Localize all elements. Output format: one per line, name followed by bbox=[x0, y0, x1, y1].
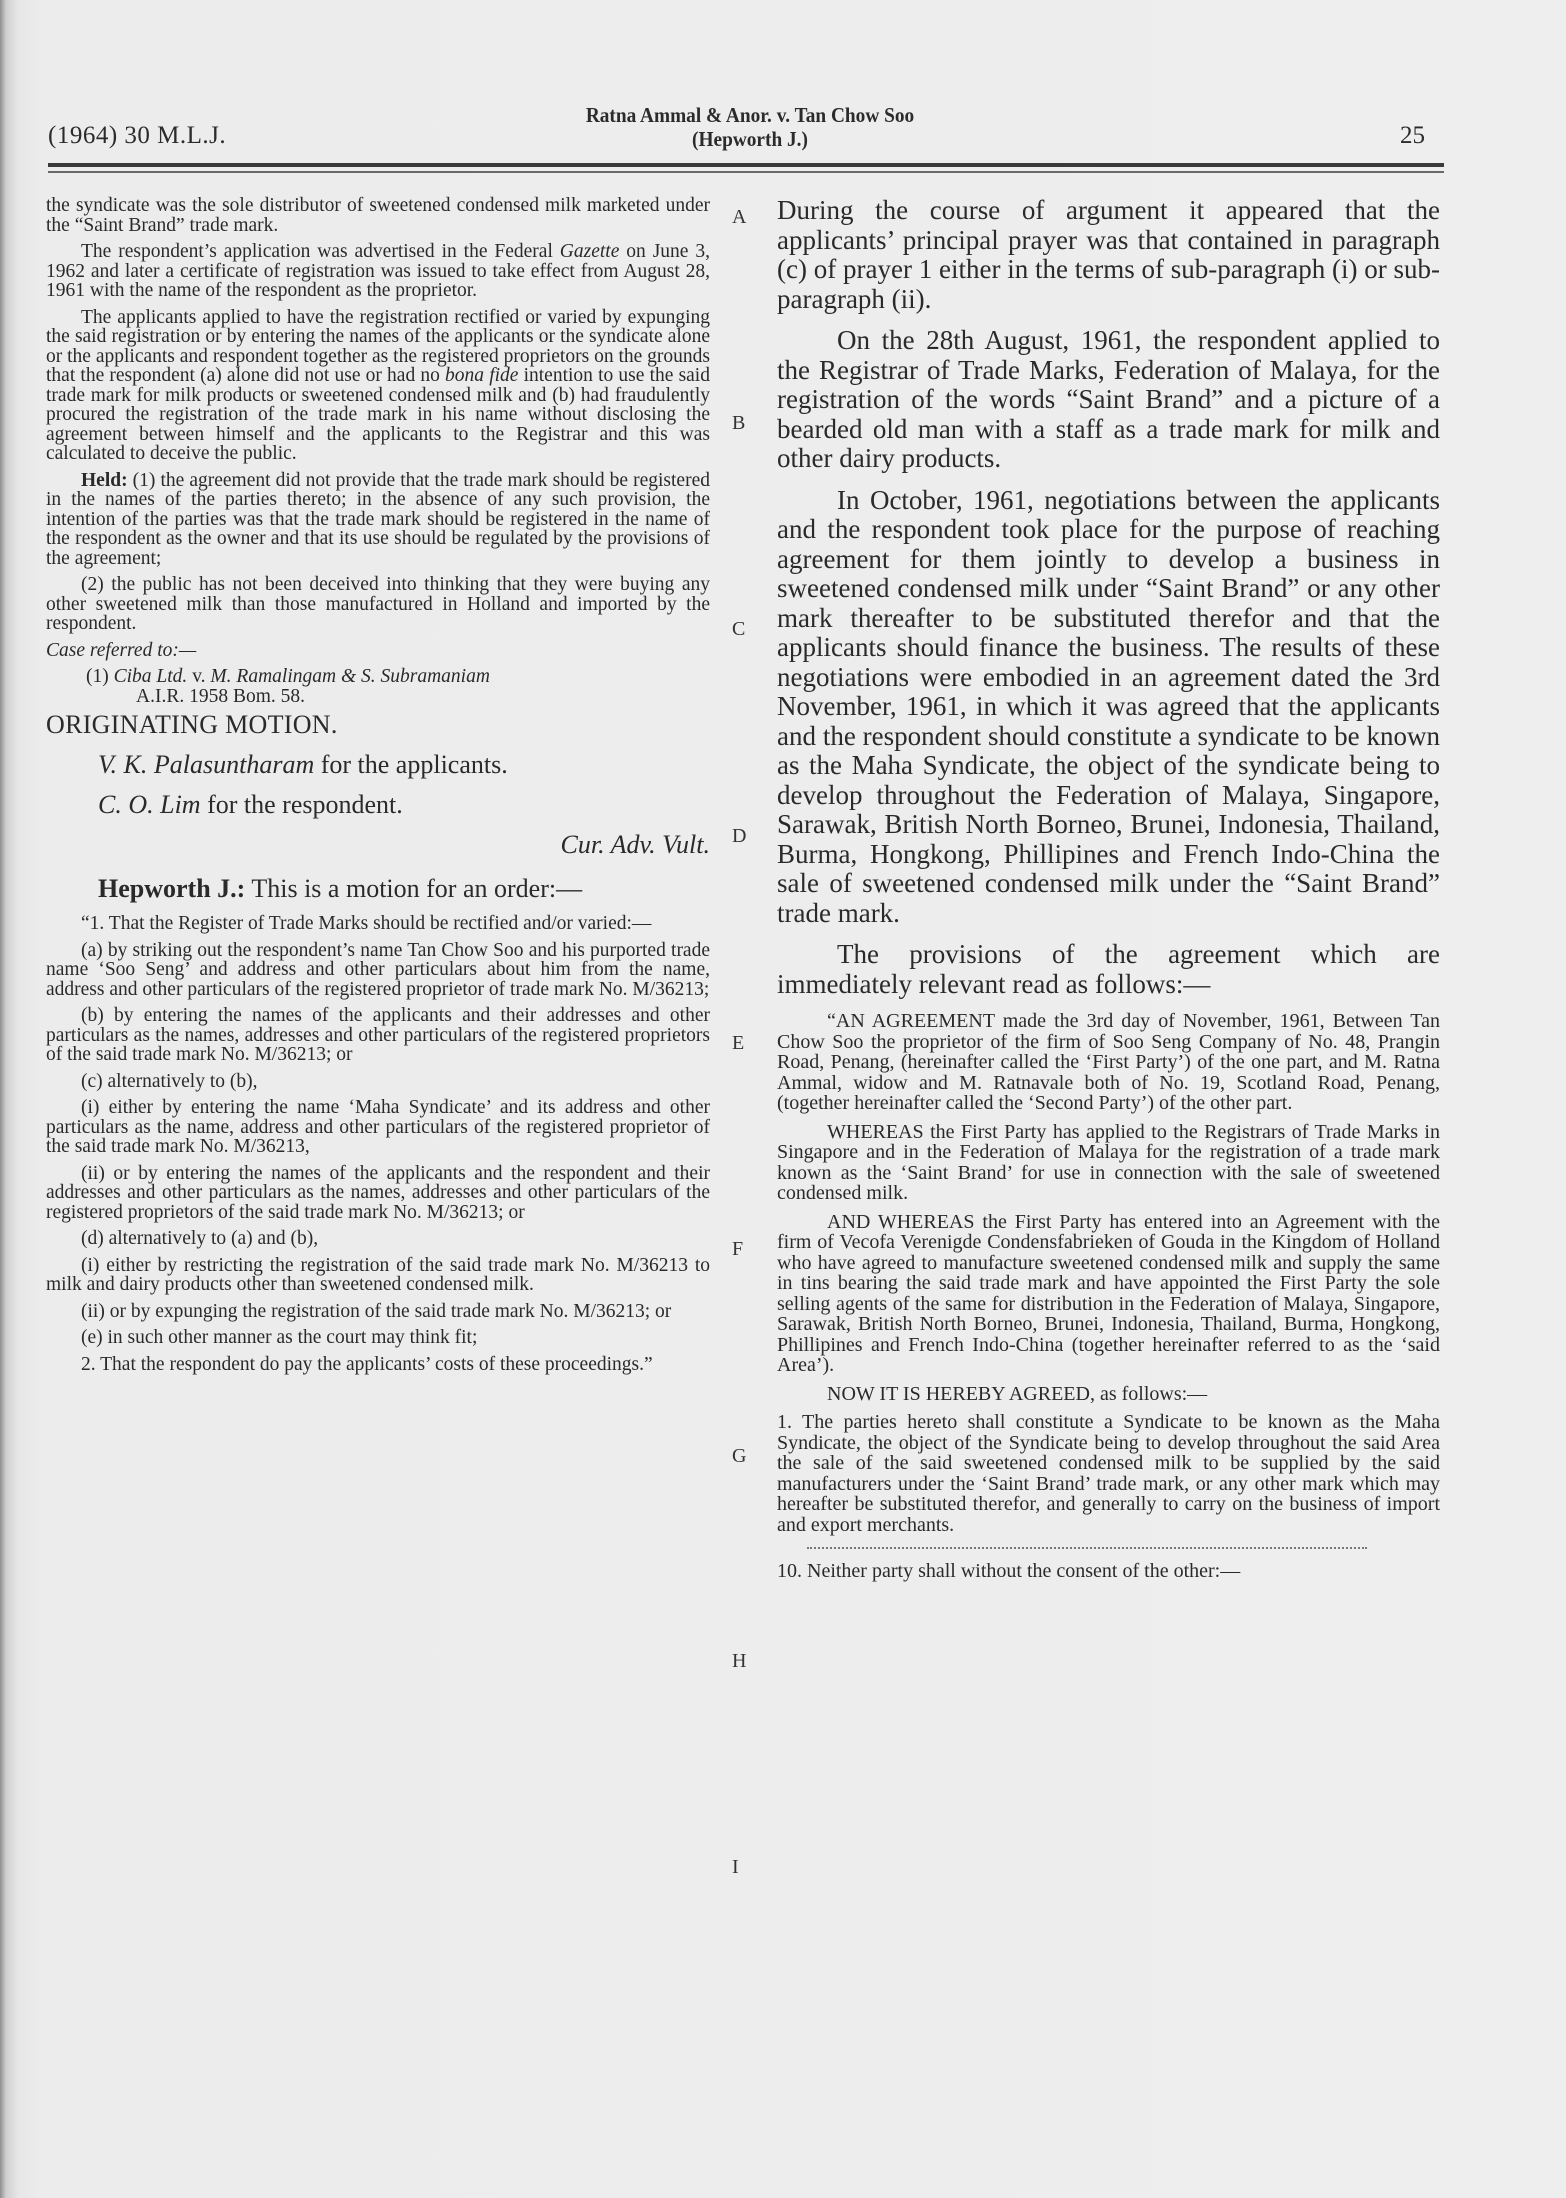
margin-letter: G bbox=[732, 1445, 746, 1468]
agreement-quote: WHEREAS the First Party has applied to t… bbox=[777, 1122, 1440, 1204]
prayer-item: (i) either by restricting the registrati… bbox=[46, 1256, 710, 1295]
agreement-clause: 10. Neither party shall without the cons… bbox=[777, 1561, 1440, 1582]
held-label: Held: bbox=[81, 470, 128, 491]
prayer-item: (e) in such other manner as the court ma… bbox=[46, 1328, 710, 1348]
cur-adv-vult: Cur. Adv. Vult. bbox=[46, 830, 710, 860]
omission-dotted-line bbox=[807, 1547, 1367, 1549]
held-paragraph: (2) the public has not been deceived int… bbox=[46, 575, 710, 634]
margin-letter: F bbox=[732, 1238, 743, 1261]
prayer-item: “1. That the Register of Trade Marks sho… bbox=[46, 914, 710, 934]
headnote-paragraph: The applicants applied to have the regis… bbox=[46, 308, 710, 464]
report-citation: (1964) 30 M.L.J. bbox=[48, 122, 226, 150]
held-paragraph: Held: (1) the agreement did not provide … bbox=[46, 471, 710, 569]
agreement-quote: AND WHEREAS the First Party has entered … bbox=[777, 1212, 1440, 1376]
prayer-item: (c) alternatively to (b), bbox=[46, 1072, 710, 1092]
judgment-paragraph: On the 28th August, 1961, the respondent… bbox=[777, 326, 1440, 474]
law-report-page: (1964) 30 M.L.J. Ratna Ammal & Anor. v. … bbox=[0, 0, 1566, 2198]
judgment-paragraph: The provisions of the agreement which ar… bbox=[777, 940, 1440, 999]
prayer-item: 2. That the respondent do pay the applic… bbox=[46, 1355, 710, 1375]
section-heading: ORIGINATING MOTION. bbox=[46, 710, 710, 740]
right-column: During the course of argument it appeare… bbox=[777, 196, 1440, 1590]
prayer-item: (ii) or by expunging the registration of… bbox=[46, 1302, 710, 1322]
header-rule-thick bbox=[48, 163, 1444, 167]
margin-letter: C bbox=[732, 618, 745, 641]
headnote-paragraph: the syndicate was the sole distributor o… bbox=[46, 196, 710, 235]
case-title: Ratna Ammal & Anor. v. Tan Chow Soo bbox=[502, 103, 999, 127]
margin-letter: B bbox=[732, 412, 745, 435]
headnote-paragraph: The respondent’s application was adverti… bbox=[46, 242, 710, 301]
agreement-quote: “AN AGREEMENT made the 3rd day of Novemb… bbox=[777, 1011, 1440, 1114]
judgment-opening: Hepworth J.: This is a motion for an ord… bbox=[46, 874, 710, 904]
agreement-clause: 1. The parties hereto shall constitute a… bbox=[777, 1412, 1440, 1535]
margin-letter: A bbox=[732, 206, 746, 229]
prayer-item: (ii) or by entering the names of the app… bbox=[46, 1164, 710, 1223]
case-citation: (1) Ciba Ltd. v. M. Ramalingam & S. Subr… bbox=[46, 667, 710, 706]
judgment-paragraph: During the course of argument it appeare… bbox=[777, 196, 1440, 314]
page-number: 25 bbox=[1400, 122, 1425, 150]
agreement-quote: NOW IT IS HEREBY AGREED, as follows:— bbox=[777, 1384, 1440, 1405]
judge-name: (Hepworth J.) bbox=[502, 127, 999, 151]
prayer-item: (d) alternatively to (a) and (b), bbox=[46, 1229, 710, 1249]
header-rule-thin bbox=[48, 171, 1444, 173]
left-column: the syndicate was the sole distributor o… bbox=[46, 196, 710, 1381]
margin-letter: E bbox=[732, 1032, 744, 1055]
prayer-item: (b) by entering the names of the applica… bbox=[46, 1006, 710, 1065]
judgment-paragraph: In October, 1961, negotiations between t… bbox=[777, 486, 1440, 929]
margin-letter: D bbox=[732, 825, 746, 848]
running-head: Ratna Ammal & Anor. v. Tan Chow Soo (Hep… bbox=[502, 103, 999, 151]
case-referred-label: Case referred to:— bbox=[46, 641, 710, 661]
prayer-item: (a) by striking out the respondent’s nam… bbox=[46, 941, 710, 1000]
margin-letter: I bbox=[732, 1856, 739, 1879]
counsel-line: V. K. Palasuntharam for the applicants. bbox=[46, 750, 710, 780]
counsel-line: C. O. Lim for the respondent. bbox=[46, 790, 710, 820]
prayer-item: (i) either by entering the name ‘Maha Sy… bbox=[46, 1098, 710, 1157]
margin-letter: H bbox=[732, 1650, 746, 1673]
